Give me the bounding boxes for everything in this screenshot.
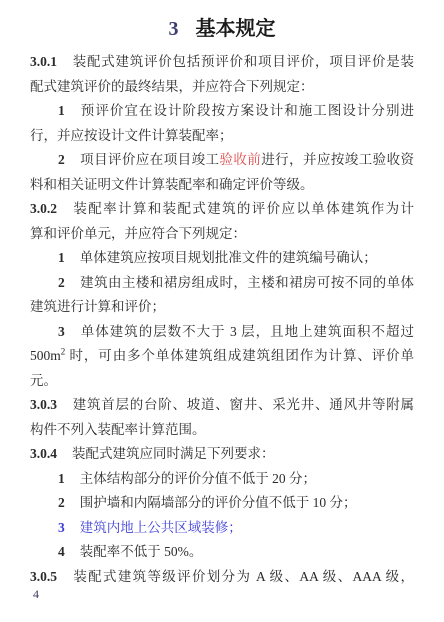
text-line: 3.0.3建筑首层的台阶、坡道、窗井、采光井、通风井等附属 xyxy=(30,393,414,418)
text-run: 项目评价应在项目竣工 xyxy=(80,152,220,167)
text-run: 装配式建筑等级评价划分为 A 级、AA 级、AAA 级， xyxy=(72,569,414,584)
clause-number: 3.0.2 xyxy=(30,201,57,216)
text-line: 3.0.4装配式建筑应同时满足下列要求： xyxy=(30,442,414,467)
text-line: 构件不列入装配率计算范围。 xyxy=(30,418,414,443)
text-run: 单体建筑的层数不大于 3 层，且地上建筑面积不超过 xyxy=(80,324,414,339)
item-number: 2 xyxy=(58,152,65,167)
text-line: 500m2 时，可由多个单体建筑组成建筑组团作为计算、评价单 xyxy=(30,344,414,369)
text-line: 行，并应按设计文件计算装配率； xyxy=(30,124,414,149)
text-run: 装配率不低于 50%。 xyxy=(80,544,203,559)
text-run: 单体建筑应按项目规划批准文件的建筑编号确认； xyxy=(80,250,377,265)
text-line: 3.0.5装配式建筑等级评价划分为 A 级、AA 级、AAA 级， xyxy=(30,565,414,590)
text-run: 装配式建筑评价包括预评价和项目评价，项目评价是装 xyxy=(72,54,414,69)
text-line: 元。 xyxy=(30,369,414,394)
text-line: 3.0.2装配率计算和装配式建筑的评价应以单体建筑作为计 xyxy=(30,197,414,222)
chapter-number: 3 xyxy=(169,18,179,40)
text-run: 元。 xyxy=(30,373,57,388)
text-run: 算和评价单元，并应符合下列规定： xyxy=(30,226,246,241)
text-run: 建筑由主楼和裙房组成时，主楼和裙房可按不同的单体 xyxy=(80,275,414,290)
page-number: 4 xyxy=(33,586,39,602)
text-line: 3建筑内地上公共区域装修； xyxy=(30,516,414,541)
item-number: 4 xyxy=(58,544,65,559)
text-run: 预评价宜在设计阶段按方案设计和施工图设计分别进 xyxy=(80,103,414,118)
text-run: 建筑首层的台阶、坡道、窗井、采光井、通风井等附属 xyxy=(72,397,414,412)
text-run: 装配式建筑应同时满足下列要求： xyxy=(72,446,275,461)
item-number: 1 xyxy=(58,103,65,118)
text-run: 料和相关证明文件计算装配率和确定评价等级。 xyxy=(30,177,314,192)
clause-number: 3.0.5 xyxy=(30,569,57,584)
text-line: 料和相关证明文件计算装配率和确定评价等级。 xyxy=(30,173,414,198)
item-number: 2 xyxy=(58,275,65,290)
text-run: 建筑进行计算和评价； xyxy=(30,299,165,314)
item-number: 2 xyxy=(58,495,65,510)
text-run: 围护墙和内隔墙部分的评价分值不低于 10 分； xyxy=(80,495,357,510)
clause-number: 3.0.1 xyxy=(30,54,57,69)
text-line: 1单体建筑应按项目规划批准文件的建筑编号确认； xyxy=(30,246,414,271)
chapter-title-text: 基本规定 xyxy=(196,18,276,40)
highlight-red-text: 验收前 xyxy=(219,152,261,167)
text-line: 2围护墙和内隔墙部分的评价分值不低于 10 分； xyxy=(30,491,414,516)
text-line: 4装配率不低于 50%。 xyxy=(30,540,414,565)
item-number: 3 xyxy=(58,520,65,535)
text-run: 构件不列入装配率计算范围。 xyxy=(30,422,206,437)
text-run: 配式建筑评价的最终结果，并应符合下列规定： xyxy=(30,79,314,94)
clause-text-block: 3.0.1装配式建筑评价包括预评价和项目评价，项目评价是装配式建筑评价的最终结果… xyxy=(0,43,444,589)
text-run: 主体结构部分的评价分值不低于 20 分； xyxy=(80,471,316,486)
text-line: 1预评价宜在设计阶段按方案设计和施工图设计分别进 xyxy=(30,99,414,124)
text-line: 1主体结构部分的评价分值不低于 20 分； xyxy=(30,467,414,492)
text-run: 进行，并应按竣工验收资 xyxy=(261,152,414,167)
clause-number: 3.0.4 xyxy=(30,446,57,461)
text-run: 500m xyxy=(30,348,61,363)
highlight-blue-text: 建筑内地上公共区域装修； xyxy=(80,520,242,535)
text-line: 建筑进行计算和评价； xyxy=(30,295,414,320)
text-line: 3单体建筑的层数不大于 3 层，且地上建筑面积不超过 xyxy=(30,320,414,345)
text-run: 装配率计算和装配式建筑的评价应以单体建筑作为计 xyxy=(72,201,414,216)
text-run: 时，可由多个单体建筑组成建筑组团作为计算、评价单 xyxy=(65,348,414,363)
text-line: 配式建筑评价的最终结果，并应符合下列规定： xyxy=(30,75,414,100)
text-run: 行，并应按设计文件计算装配率； xyxy=(30,128,233,143)
clause-number: 3.0.3 xyxy=(30,397,57,412)
text-line: 2项目评价应在项目竣工验收前进行，并应按竣工验收资 xyxy=(30,148,414,173)
item-number: 3 xyxy=(58,324,65,339)
text-line: 2建筑由主楼和裙房组成时，主楼和裙房可按不同的单体 xyxy=(30,271,414,296)
document-page: 3基本规定 3.0.1装配式建筑评价包括预评价和项目评价，项目评价是装配式建筑评… xyxy=(0,0,444,622)
item-number: 1 xyxy=(58,250,65,265)
text-line: 3.0.1装配式建筑评价包括预评价和项目评价，项目评价是装 xyxy=(30,50,414,75)
chapter-title: 3基本规定 xyxy=(0,0,444,43)
text-line: 算和评价单元，并应符合下列规定： xyxy=(30,222,414,247)
item-number: 1 xyxy=(58,471,65,486)
